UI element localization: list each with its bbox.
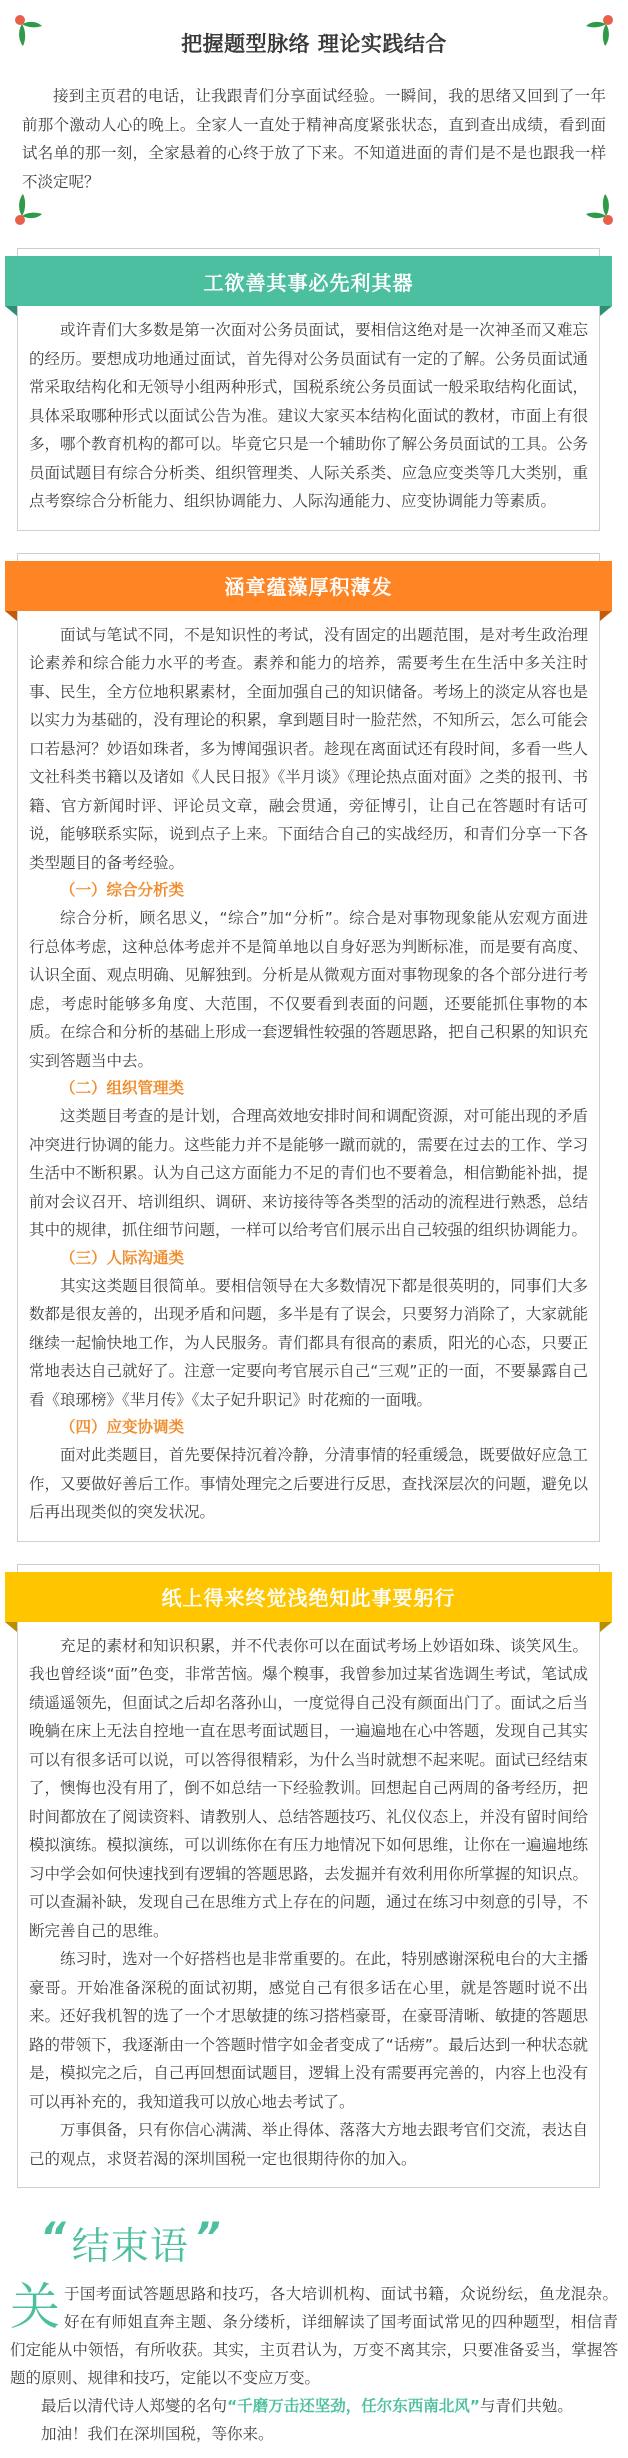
section-card-practice: 纸上得来终觉浅绝知此事要躬行 充足的素材和知识积累，并不代表你可以在面试考场上妙… — [17, 1564, 600, 2189]
open-quote-mark: “ — [40, 2218, 66, 2258]
section-card-tools: 工欲善其事必先利其器 或许青们大多数是第一次面对公务员面试，要相信这绝对是一次神… — [17, 248, 600, 531]
body-paragraph: 其实这类题目很简单。要相信领导在大多数情况下都是很英明的，同事们大多数都是很友善… — [29, 1272, 588, 1415]
section-banner-title: 工欲善其事必先利其器 — [204, 267, 414, 296]
subsection-heading: （二）组织管理类 — [29, 1075, 588, 1102]
section-banner: 纸上得来终觉浅绝知此事要躬行 — [5, 1572, 612, 1622]
closing-paragraph-text: 与青们共勉。 — [480, 2397, 573, 2415]
close-quote-mark: ” — [195, 2218, 221, 2258]
section-body: 面试与笔试不同，不是知识性的考试，没有固定的出题范围，是对考生政治理论素养和综合… — [18, 611, 599, 1541]
closing-paragraph: 最后以清代诗人郑燮的名句“千磨万击还坚劲，任尔东西南北风”与青们共勉。 — [10, 2392, 618, 2420]
section-body: 或许青们大多数是第一次面对公务员面试，要相信这绝对是一次神圣而又难忘的经历。要想… — [18, 306, 599, 530]
intro-section: 把握题型脉络 理论实践结合 接到主页君的电话，让我跟青们分享面试经验。一瞬间，我… — [0, 0, 628, 240]
body-paragraph: 练习时，选对一个好搭档也是非常重要的。在此，特别感谢深税电台的大主播豪哥。开始准… — [29, 1945, 588, 2116]
closing-body: 关于国考面试答题思路和技巧，各大培训机构、面试书籍，众说纷纭，鱼龙混杂。好在有师… — [10, 2280, 618, 2448]
closing-heading: “ 结束语 ” — [10, 2218, 618, 2280]
section-banner-title: 涵章蕴藻厚积薄发 — [225, 571, 393, 600]
article-page: 把握题型脉络 理论实践结合 接到主页君的电话，让我跟青们分享面试经验。一瞬间，我… — [0, 0, 628, 2458]
subsection-heading: （四）应变协调类 — [29, 1414, 588, 1441]
closing-title: 结束语 — [72, 2218, 189, 2274]
section-banner: 涵章蕴藻厚积薄发 — [5, 561, 612, 611]
leaf-berry-icon — [580, 190, 620, 230]
closing-paragraph: 关于国考面试答题思路和技巧，各大培训机构、面试书籍，众说纷纭，鱼龙混杂。好在有师… — [10, 2280, 618, 2392]
leaf-berry-icon — [8, 10, 48, 50]
subsection-heading: （三）人际沟通类 — [29, 1245, 588, 1272]
body-paragraph: 面对此类题目，首先要保持沉着冷静，分清事情的轻重缓急，既要做好应急工作，又要做好… — [29, 1441, 588, 1527]
intro-paragraph: 接到主页君的电话，让我跟青们分享面试经验。一瞬间，我的思绪又回到了一年前那个激动… — [0, 82, 628, 196]
body-paragraph: 综合分析，顾名思义，“综合”加“分析”。综合是对事物现象能从宏观方面进行总体考虑… — [29, 904, 588, 1075]
section-banner: 工欲善其事必先利其器 — [5, 256, 612, 306]
closing-paragraph-text: 最后以清代诗人郑燮的名句 — [41, 2397, 227, 2415]
section-banner-title: 纸上得来终觉浅绝知此事要躬行 — [162, 1582, 456, 1611]
section-card-accumulate: 涵章蕴藻厚积薄发 面试与笔试不同，不是知识性的考试，没有固定的出题范围，是对考生… — [17, 553, 600, 1542]
body-paragraph: 或许青们大多数是第一次面对公务员面试，要相信这绝对是一次神圣而又难忘的经历。要想… — [29, 316, 588, 516]
body-paragraph: 充足的素材和知识积累，并不代表你可以在面试考场上妙语如珠、谈笑风生。我也曾经谈“… — [29, 1632, 588, 1946]
leaf-berry-icon — [580, 10, 620, 50]
body-paragraph: 万事俱备，只有你信心满满、举止得体、落落大方地去跟考官们交流，表达自己的观点，求… — [29, 2116, 588, 2173]
closing-section: “ 结束语 ” 关于国考面试答题思路和技巧，各大培训机构、面试书籍，众说纷纭，鱼… — [0, 2210, 628, 2458]
poem-quote: “千磨万击还坚劲，任尔东西南北风” — [227, 2397, 480, 2415]
closing-paragraph-text: 于国考面试答题思路和技巧，各大培训机构、面试书籍，众说纷纭，鱼龙混杂。好在有师姐… — [10, 2285, 618, 2387]
leaf-berry-icon — [8, 190, 48, 230]
section-body: 充足的素材和知识积累，并不代表你可以在面试考场上妙语如珠、谈笑风生。我也曾经谈“… — [18, 1622, 599, 2188]
body-paragraph: 面试与笔试不同，不是知识性的考试，没有固定的出题范围，是对考生政治理论素养和综合… — [29, 621, 588, 878]
closing-paragraph: 加油！我们在深圳国税，等你来。 — [10, 2420, 618, 2448]
subsection-heading: （一）综合分析类 — [29, 877, 588, 904]
body-paragraph: 这类题目考查的是计划，合理高效地安排时间和调配资源，对可能出现的矛盾冲突进行协调… — [29, 1102, 588, 1245]
page-title: 把握题型脉络 理论实践结合 — [0, 28, 628, 58]
drop-cap: 关 — [10, 2280, 60, 2334]
